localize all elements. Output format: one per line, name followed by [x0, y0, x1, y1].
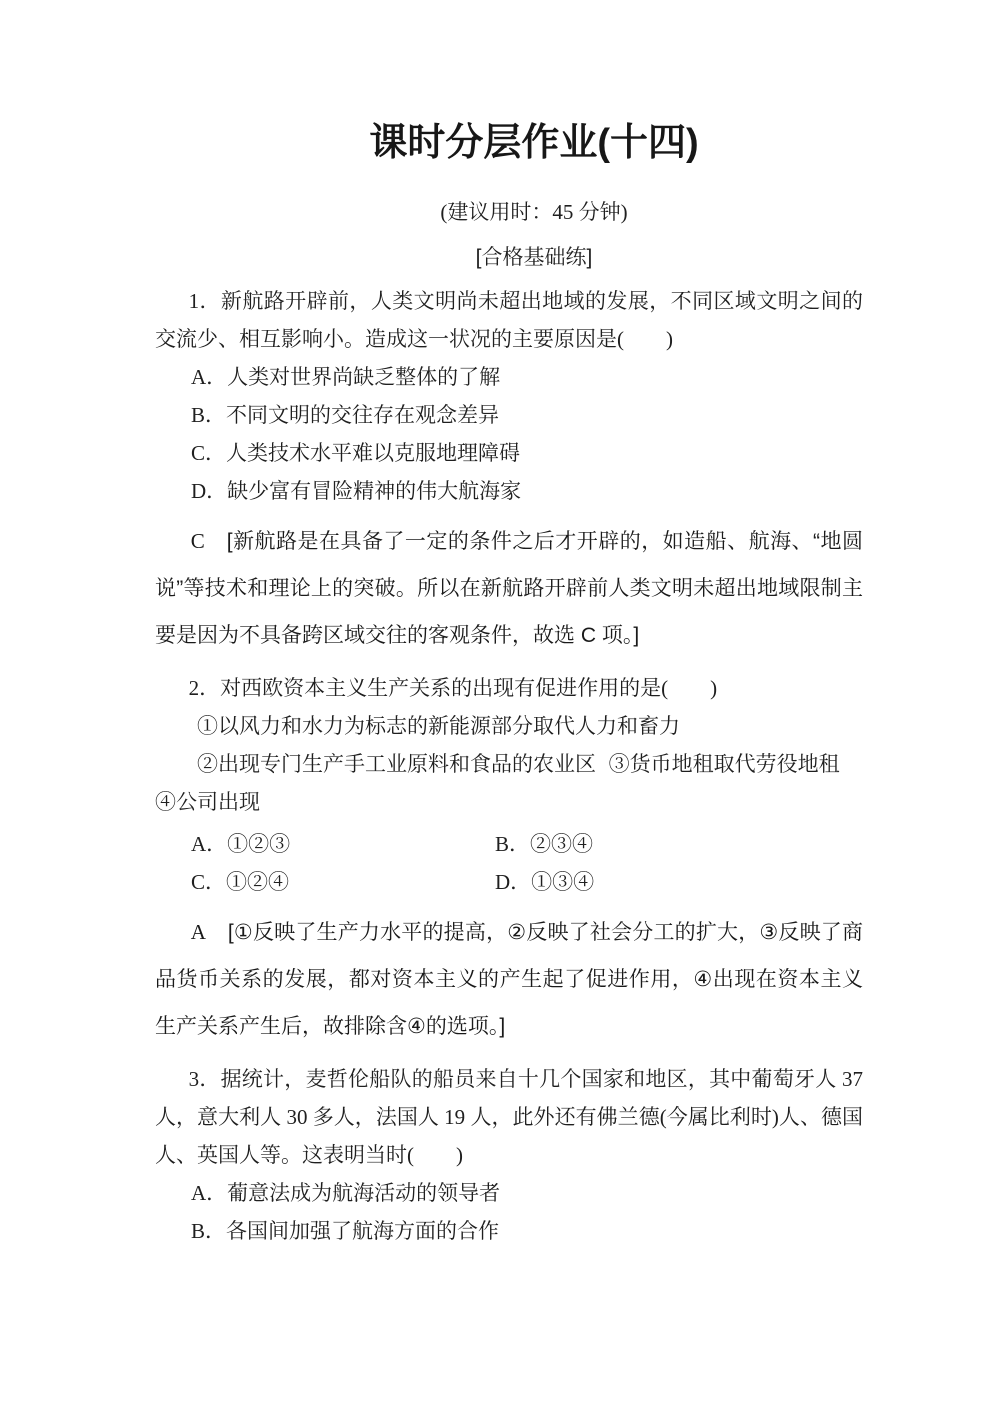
question-1-answer: C[新航路是在具备了一定的条件之后才开辟的，如造船、航海、“地圆说”等技术和理论… — [155, 518, 863, 659]
question-2-item-4: ④公司出现 — [155, 783, 863, 821]
question-2-item-2: ②出现专门生产手工业原料和食品的农业区 — [197, 752, 596, 776]
section-label: [合格基础练] — [205, 244, 863, 272]
question-1-stem: 1．新航路开辟前，人类文明尚未超出地域的发展，不同区域文明之间的交流少、相互影响… — [155, 282, 863, 358]
question-2-option-a: A．①②③ — [155, 825, 495, 863]
document-header: 课时分层作业(十四) (建议用时：45 分钟) [合格基础练] — [155, 120, 863, 272]
question-2-answer-explanation: [①反映了生产力水平的提高，②反映了社会分工的扩大，③反映了商品货币关系的发展，… — [155, 921, 863, 1038]
question-3-stem: 3．据统计，麦哲伦船队的船员来自十几个国家和地区，其中葡萄牙人 37 人，意大利… — [155, 1060, 863, 1174]
question-1-option-b: B．不同文明的交往存在观念差异 — [155, 396, 863, 434]
question-2: 2．对西欧资本主义生产关系的出现有促进作用的是( ) ①以风力和水力为标志的新能… — [155, 669, 863, 1050]
question-1-answer-explanation: [新航路是在具备了一定的条件之后才开辟的，如造船、航海、“地圆说”等技术和理论上… — [155, 530, 863, 647]
question-1: 1．新航路开辟前，人类文明尚未超出地域的发展，不同区域文明之间的交流少、相互影响… — [155, 282, 863, 659]
question-1-option-d: D．缺少富有冒险精神的伟大航海家 — [155, 472, 863, 510]
question-2-option-c: C．①②④ — [155, 863, 495, 901]
question-3-option-b: B．各国间加强了航海方面的合作 — [155, 1212, 863, 1250]
suggested-time: (建议用时：45 分钟) — [205, 198, 863, 226]
worksheet-page: 课时分层作业(十四) (建议用时：45 分钟) [合格基础练] 1．新航路开辟前… — [0, 0, 1000, 1414]
question-2-item-3: ③货币地租取代劳役地租 — [609, 752, 840, 776]
question-2-items-2-3: ②出现专门生产手工业原料和食品的农业区③货币地租取代劳役地租 — [155, 745, 863, 783]
question-2-answer-letter: A — [191, 920, 206, 944]
question-1-option-a: A．人类对世界尚缺乏整体的了解 — [155, 358, 863, 396]
question-3: 3．据统计，麦哲伦船队的船员来自十几个国家和地区，其中葡萄牙人 37 人，意大利… — [155, 1060, 863, 1250]
question-3-option-a: A．葡意法成为航海活动的领导者 — [155, 1174, 863, 1212]
question-2-option-b: B．②③④ — [495, 825, 863, 863]
question-2-option-d: D．①③④ — [495, 863, 863, 901]
question-2-options: A．①②③ B．②③④ C．①②④ D．①③④ — [155, 825, 863, 901]
worksheet-content: 课时分层作业(十四) (建议用时：45 分钟) [合格基础练] 1．新航路开辟前… — [155, 0, 863, 1250]
question-1-option-c: C．人类技术水平难以克服地理障碍 — [155, 434, 863, 472]
question-2-answer: A[①反映了生产力水平的提高，②反映了社会分工的扩大，③反映了商品货币关系的发展… — [155, 909, 863, 1050]
question-2-stem: 2．对西欧资本主义生产关系的出现有促进作用的是( ) — [155, 669, 863, 707]
page-title: 课时分层作业(十四) — [205, 120, 863, 166]
question-2-item-1: ①以风力和水力为标志的新能源部分取代人力和畜力 — [155, 707, 863, 745]
question-1-answer-letter: C — [191, 529, 205, 553]
